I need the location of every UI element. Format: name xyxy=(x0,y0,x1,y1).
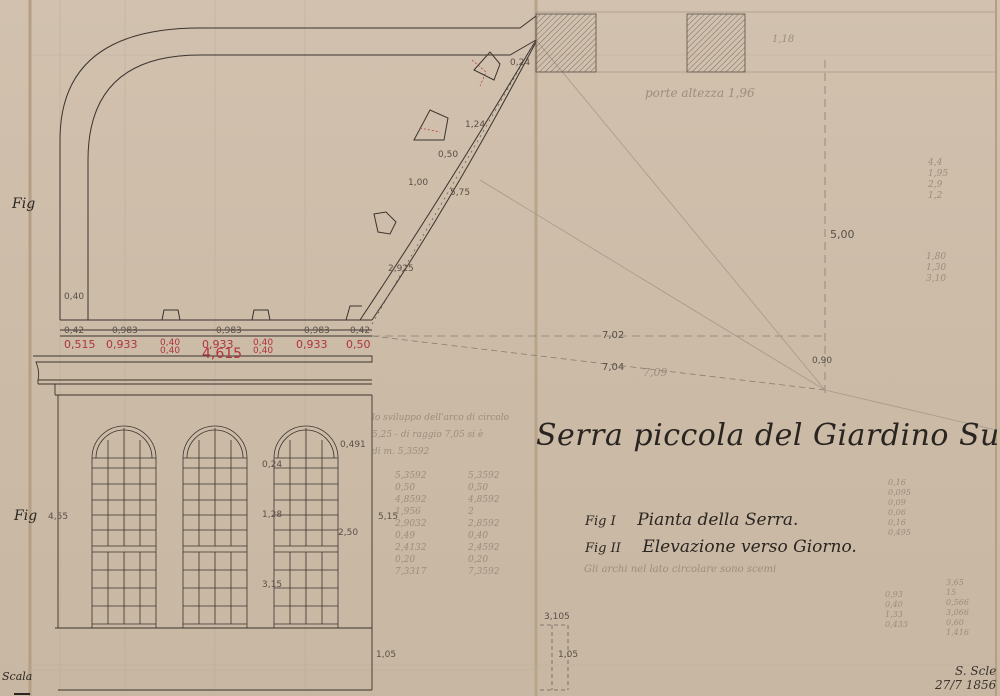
dim-curve: 2,925 xyxy=(388,264,414,274)
dim-window: 0,24 xyxy=(262,460,282,470)
dim-construction: 7,09 xyxy=(643,366,668,379)
calc-value: 2,4592 xyxy=(468,542,500,554)
dim-curve: 1,24 xyxy=(465,120,485,130)
calc-value: 0,566 xyxy=(946,598,969,608)
calc-value: 4,8592 xyxy=(395,494,427,506)
architectural-drawing xyxy=(0,0,1000,696)
calc-value: 4,4 xyxy=(928,158,948,169)
dim-elevation-left: 4,55 xyxy=(48,512,68,522)
dim-construction: 5,00 xyxy=(830,228,855,241)
drawing-title: Serra piccola del Giardino Superiore xyxy=(536,418,1000,453)
dim-base-right: 3,105 xyxy=(544,612,570,622)
calc-value: 0,93 xyxy=(885,590,908,600)
dim-plan: 0,983 xyxy=(304,326,330,336)
calc-value: 0,20 xyxy=(468,554,500,566)
pier-note: porte altezza 1,96 xyxy=(645,86,755,100)
calc-value: 0,49 xyxy=(395,530,427,542)
calc-value: 1,956 xyxy=(395,506,427,518)
windows xyxy=(92,426,338,628)
dim-window: 2,50 xyxy=(338,528,358,538)
dim-red-total: 4,615 xyxy=(202,346,242,362)
calc-column-a: 5,3592 0,50 4,8592 1,956 2,9032 0,49 2,4… xyxy=(395,470,427,578)
calc-value: 1,416 xyxy=(946,628,969,638)
pier-hatched-1 xyxy=(536,14,596,72)
legend-fig-number: Fig I xyxy=(585,514,616,529)
dim-red: 0,933 xyxy=(106,338,138,351)
calc-value: 2 xyxy=(468,506,500,518)
signature-name: S. Scle xyxy=(935,664,996,678)
window-1 xyxy=(92,426,156,628)
dim-curve: 1,00 xyxy=(408,178,428,188)
calc-column-b: 5,3592 0,50 4,8592 2 2,8592 0,40 2,4592 … xyxy=(468,470,500,578)
calc-value: 0,60 xyxy=(946,618,969,628)
dim-plan: 0,983 xyxy=(112,326,138,336)
dim-base: 1,05 xyxy=(376,650,396,660)
dim-plan: 0,42 xyxy=(64,326,84,336)
calc-value: 0,09 xyxy=(888,498,911,508)
calc-value: 0,50 xyxy=(395,482,427,494)
calc-value: 0,16 xyxy=(888,518,911,528)
scale-label: Scala xyxy=(2,670,32,683)
calc-bottom-mid: 0,93 0,40 1,33 0,433 xyxy=(885,590,908,630)
calc-value: 5,3592 xyxy=(395,470,427,482)
dim-red: 0,40 xyxy=(160,346,180,356)
calc-bottom-right: 3,65 15 0,566 3,066 0,60 1,416 xyxy=(946,578,969,638)
legend-fig-label: Pianta della Serra. xyxy=(637,510,798,530)
calc-value: 0,433 xyxy=(885,620,908,630)
calc-note-line: di m. 5,3592 xyxy=(372,444,509,461)
dim-construction: 0,90 xyxy=(812,356,832,366)
calc-note-line: lo sviluppo dell'arco di circolo xyxy=(372,410,509,427)
pier-hatched-2 xyxy=(687,14,745,72)
calc-value: 1,30 xyxy=(926,263,946,274)
signature: S. Scle 27/7 1856 xyxy=(935,664,996,692)
drawing-sheet: Serra piccola del Giardino Superiore Fig… xyxy=(0,0,1000,696)
calc-value: 1,2 xyxy=(928,191,948,202)
dim-base-small: 1,05 xyxy=(558,650,578,660)
calc-value: 15 xyxy=(946,588,969,598)
dim-red: 0,50 xyxy=(346,338,371,351)
calc-right-mid: 1,80 1,30 3,10 xyxy=(926,252,946,285)
legend-note: Gli archi nel lato circolare sono scemi xyxy=(584,564,776,575)
calc-right-top: 4,4 1,95 2,9 1,2 xyxy=(928,158,948,202)
calc-value: 0,06 xyxy=(888,508,911,518)
legend-fig-1: Fig I Pianta della Serra. xyxy=(585,510,798,530)
calc-value: 2,4132 xyxy=(395,542,427,554)
legend-fig-number: Fig II xyxy=(585,541,621,556)
dim-construction: 7,02 xyxy=(602,330,624,341)
calc-value: 0,20 xyxy=(395,554,427,566)
calc-value: 1,33 xyxy=(885,610,908,620)
dim-window: 1,28 xyxy=(262,510,282,520)
calc-value: 4,8592 xyxy=(468,494,500,506)
calc-value: 3,65 xyxy=(946,578,969,588)
calc-value: 0,495 xyxy=(888,528,911,538)
dim-plan: 0,983 xyxy=(216,326,242,336)
calc-value: 0,095 xyxy=(888,488,911,498)
window-3 xyxy=(274,426,338,628)
legend-fig-label: Elevazione verso Giorno. xyxy=(642,537,857,557)
calc-value: 2,8592 xyxy=(468,518,500,530)
dim-plan: 0,42 xyxy=(350,326,370,336)
calc-value: 2,9 xyxy=(928,180,948,191)
calc-value: 0,50 xyxy=(468,482,500,494)
elevation-outline xyxy=(33,356,372,690)
dim-construction: 7,04 xyxy=(602,362,624,373)
legend-fig-2: Fig II Elevazione verso Giorno. xyxy=(585,537,857,557)
fig-label-elevation: Fig xyxy=(14,508,37,524)
calc-value: 5,3592 xyxy=(468,470,500,482)
plan-outline xyxy=(60,16,536,336)
calc-value: 3,066 xyxy=(946,608,969,618)
window-2 xyxy=(183,426,247,628)
calc-value: 7,3592 xyxy=(468,566,500,578)
signature-date: 27/7 1856 xyxy=(935,678,996,692)
calc-note: lo sviluppo dell'arco di circolo 5,25 - … xyxy=(372,410,509,461)
dim-curve: 0,50 xyxy=(438,150,458,160)
dim-red: 0,933 xyxy=(296,338,328,351)
calc-value: 1,80 xyxy=(926,252,946,263)
calc-value: 0,40 xyxy=(885,600,908,610)
dim-red: 0,40 xyxy=(253,346,273,356)
calc-value: 1,95 xyxy=(928,169,948,180)
calc-value: 0,40 xyxy=(468,530,500,542)
dim-window: 0,491 xyxy=(340,440,366,450)
calc-right-col: 0,16 0,095 0,09 0,06 0,16 0,495 xyxy=(888,478,911,538)
calc-value: 3,10 xyxy=(926,274,946,285)
dim-curve: 5,75 xyxy=(450,188,470,198)
calc-value: 0,16 xyxy=(888,478,911,488)
calc-value: 2,9032 xyxy=(395,518,427,530)
calc-note-line: 5,25 - di raggio 7,05 si è xyxy=(372,427,509,444)
dim-window: 3,15 xyxy=(262,580,282,590)
pier-note-value: 1,18 xyxy=(772,34,794,45)
dim-curve: 0,24 xyxy=(510,58,530,68)
calc-value: 7,3317 xyxy=(395,566,427,578)
dim-plan: 0,40 xyxy=(64,292,84,302)
dim-red: 0,515 xyxy=(64,338,96,351)
fig-label-plan: Fig xyxy=(12,196,35,212)
